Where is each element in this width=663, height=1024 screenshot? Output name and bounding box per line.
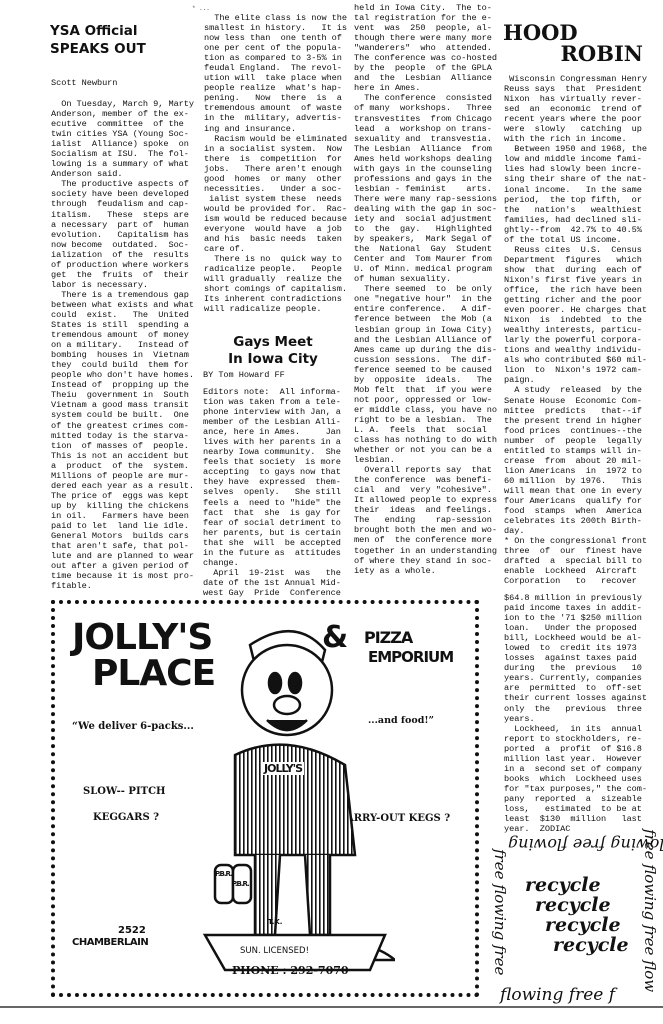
- shoe-initials: T.K.: [268, 918, 282, 926]
- mascot-illustration: [195, 615, 395, 985]
- can-label-1: P.B.R.: [215, 870, 232, 878]
- phone-number: PHONE : 292-7070: [232, 964, 349, 977]
- jollys-logo-line2: PLACE: [72, 656, 215, 692]
- gays-title-line2: In Iowa City: [218, 351, 328, 368]
- can-label-2: P.B.R.: [232, 880, 249, 888]
- hood-body-continued: $64.8 million in previously paid income …: [504, 593, 647, 834]
- ysa-title-line2: SPEAKS OUT: [50, 40, 146, 58]
- recycle-right-text: free flowing free flow: [641, 829, 659, 999]
- recycle-top-text: flowing free flowing: [508, 835, 663, 854]
- ysa-byline: Scott Newburn: [51, 78, 117, 88]
- keggars: KEGGARS ?: [93, 812, 159, 823]
- gays-title: Gays Meet In Iowa City: [218, 334, 328, 368]
- jollys-logo-line1: JOLLY'S: [72, 620, 215, 656]
- hood-title: HOOD ROBIN: [503, 22, 643, 64]
- ysa-title-line1: YSA Official: [50, 22, 146, 40]
- gays-body-col3: held in Iowa City. The to- tal registrat…: [354, 3, 497, 576]
- recycle-box: flowing free flowing free flowing free f…: [480, 835, 660, 1005]
- hood-title-line1: HOOD: [503, 22, 643, 43]
- recycle-word-4: recycle: [525, 935, 629, 955]
- recycle-bottom-text: flowing free f: [500, 985, 615, 1005]
- hood-title-line2: ROBIN: [503, 43, 643, 64]
- address-number: 2522: [118, 925, 146, 936]
- address-street: CHAMBERLAIN: [72, 937, 148, 948]
- shirt-text: JOLLY'S: [262, 762, 304, 775]
- gays-byline: BY Tom Howard FF: [203, 370, 285, 380]
- page-bottom-rule: [0, 1006, 663, 1008]
- recycle-word-3: recycle: [525, 915, 629, 935]
- jollys-logo: JOLLY'S PLACE: [72, 620, 215, 692]
- recycle-center: recycle recycle recycle recycle: [525, 875, 629, 955]
- gays-title-line1: Gays Meet: [218, 334, 328, 351]
- ysa-title: YSA Official SPEAKS OUT: [50, 22, 146, 58]
- quote-6packs: “We deliver 6-packs...: [72, 721, 194, 732]
- ysa-body-col1: On Tuesday, March 9, Marty Anderson, mem…: [51, 99, 194, 591]
- ysa-body-col2: The elite class is now the smallest in h…: [204, 13, 347, 314]
- hood-body: Wisconsin Congressman Henry Reuss says t…: [504, 74, 647, 586]
- recycle-word-2: recycle: [525, 895, 629, 915]
- recycle-word-1: recycle: [525, 875, 629, 895]
- sun-licensed-sign: SUN. LICENSED!: [240, 946, 309, 956]
- gays-body-col2: Editors note: All informa- tion was take…: [203, 387, 341, 598]
- slow-pitch: SLOW-- PITCH: [83, 786, 165, 797]
- recycle-left-text: free flowing free: [491, 849, 509, 999]
